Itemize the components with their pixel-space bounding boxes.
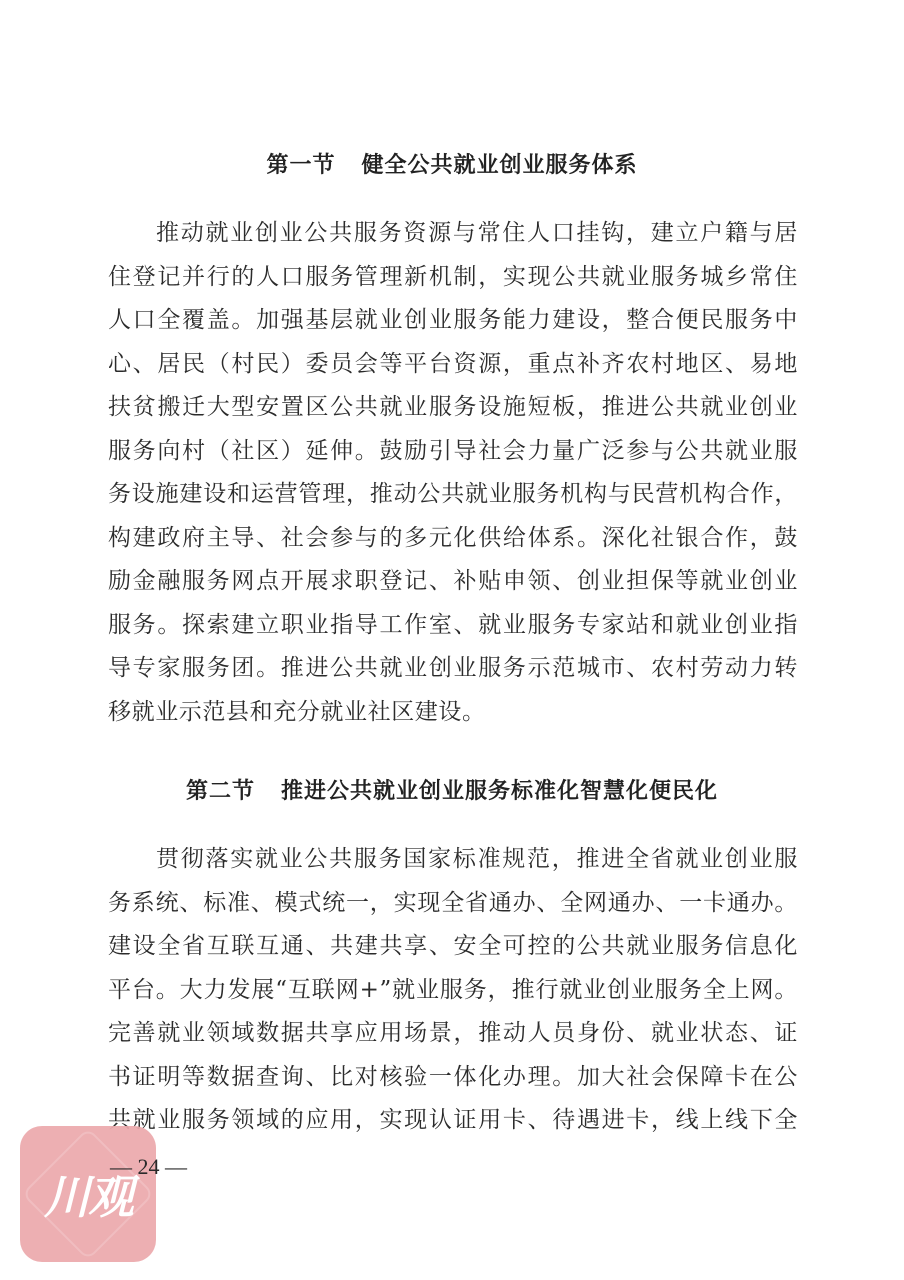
text-line: 移就业示范县和充分就业社区建设。 [108,691,798,735]
section-1-title: 健全公共就业创业服务体系 [362,152,638,178]
text-line: 推动就业创业公共服务资源与常住人口挂钩，建立户籍与居 [108,212,798,256]
text-line: 扶贫搬迁大型安置区公共就业服务设施短板，推进公共就业创业 [108,386,798,430]
text-line: 务系统、标准、模式统一，实现全省通办、全网通办、一卡通办。 [108,882,798,926]
watermark-logo: 川观 [20,1126,156,1262]
text-line: 心、居民（村民）委员会等平台资源，重点补齐农村地区、易地 [108,343,798,387]
text-line: 书证明等数据查询、比对核验一体化办理。加大社会保障卡在公 [108,1056,798,1100]
text-line: 平台。大力发展“互联网+”就业服务，推行就业创业服务全上网。 [108,969,798,1013]
text-line: 人口全覆盖。加强基层就业创业服务能力建设，整合便民服务中 [108,299,798,343]
text-line: 完善就业领域数据共享应用场景，推动人员身份、就业状态、证 [108,1012,798,1056]
text-line: 共就业服务领域的应用，实现认证用卡、待遇进卡，线上线下全 [108,1099,798,1143]
text-line: 贯彻落实就业公共服务国家标准规范，推进全省就业创业服 [108,838,798,882]
section-1-paragraph: 推动就业创业公共服务资源与常住人口挂钩，建立户籍与居 住登记并行的人口服务管理新… [108,212,798,734]
document-page: 第一节健全公共就业创业服务体系 推动就业创业公共服务资源与常住人口挂钩，建立户籍… [0,0,904,1280]
section-2-number: 第二节 [186,778,255,804]
text-line: 住登记并行的人口服务管理新机制，实现公共就业服务城乡常住 [108,256,798,300]
text-line: 务设施建设和运营管理，推动公共就业服务机构与民营机构合作， [108,473,798,517]
section-2-heading: 第二节推进公共就业创业服务标准化智慧化便民化 [0,774,904,805]
text-line: 导专家服务团。推进公共就业创业服务示范城市、农村劳动力转 [108,647,798,691]
section-1-heading: 第一节健全公共就业创业服务体系 [0,148,904,179]
text-line: 建设全省互联互通、共建共享、安全可控的公共就业服务信息化 [108,925,798,969]
text-line: 励金融服务网点开展求职登记、补贴申领、创业担保等就业创业 [108,560,798,604]
text-line: 服务向村（社区）延伸。鼓励引导社会力量广泛参与公共就业服 [108,430,798,474]
section-2-title: 推进公共就业创业服务标准化智慧化便民化 [281,778,718,804]
page-number: — 24 — [110,1154,187,1180]
section-1-number: 第一节 [266,152,335,178]
text-line: 服务。探索建立职业指导工作室、就业服务专家站和就业创业指 [108,604,798,648]
section-2-paragraph: 贯彻落实就业公共服务国家标准规范，推进全省就业创业服 务系统、标准、模式统一，实… [108,838,798,1143]
text-line: 构建政府主导、社会参与的多元化供给体系。深化社银合作，鼓 [108,517,798,561]
